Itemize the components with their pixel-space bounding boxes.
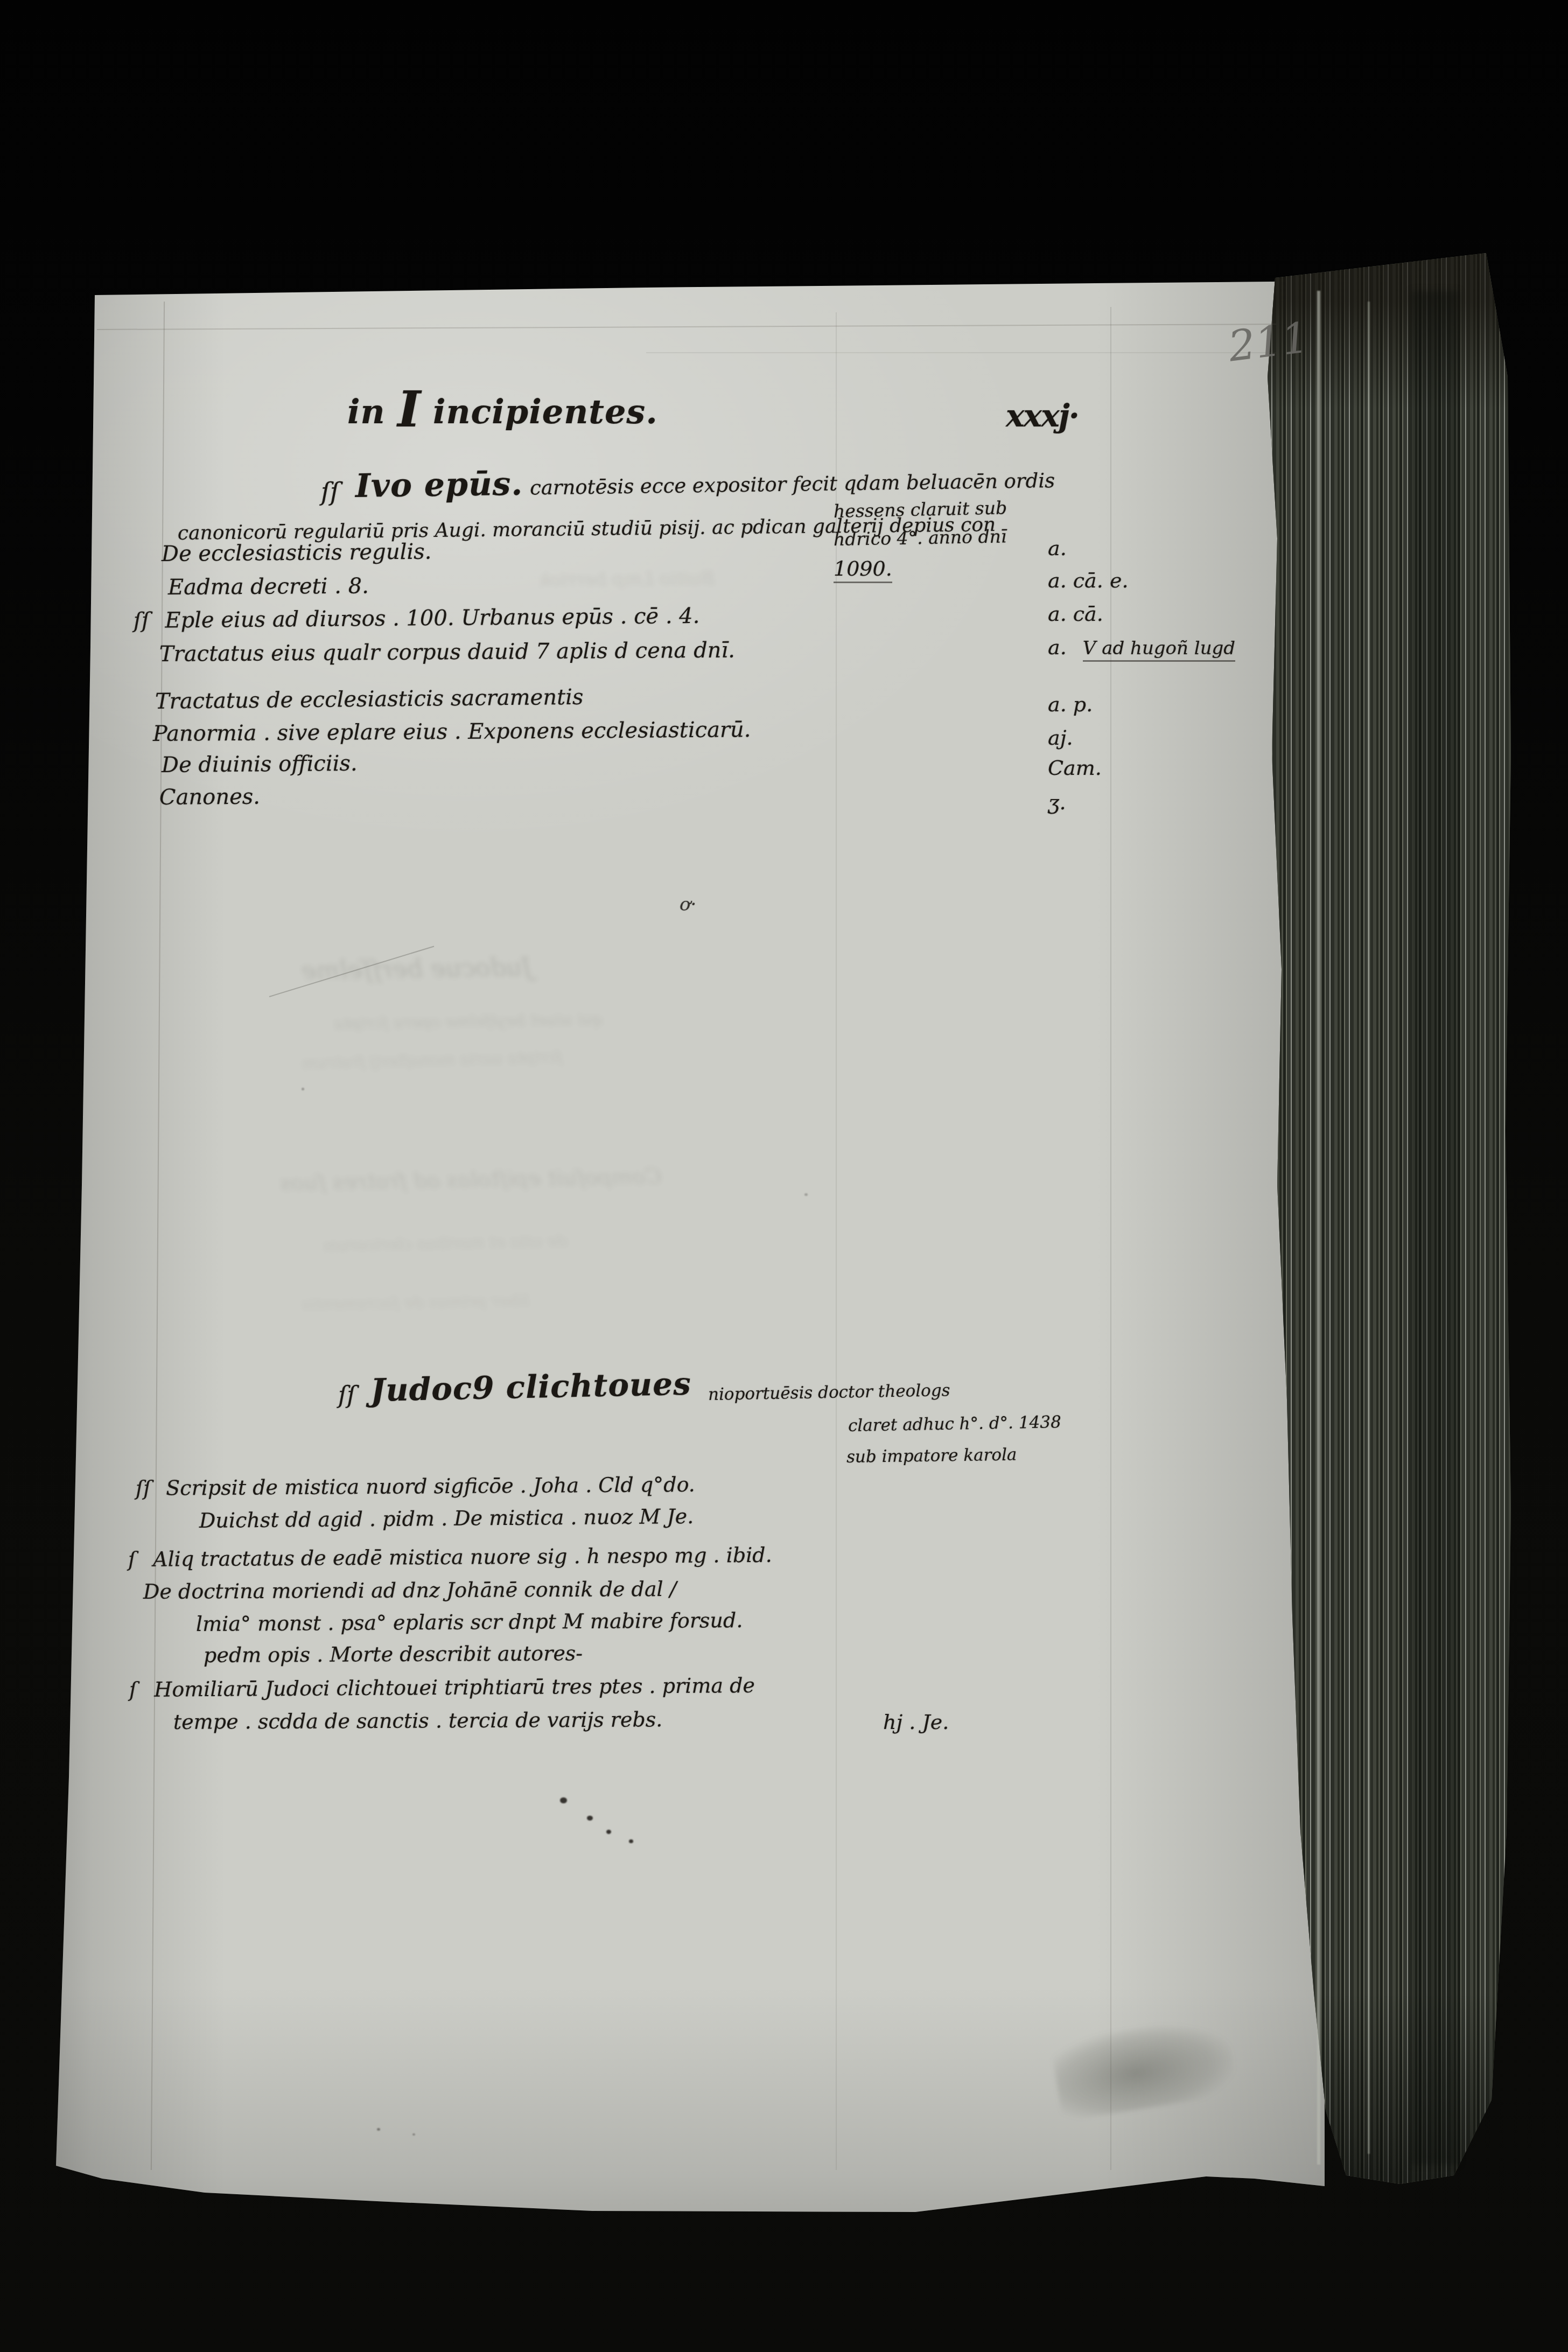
work-title: Eadma decreti . 8. xyxy=(168,573,369,600)
line-text: Aliq tractatus de eadē mistica nuore sig… xyxy=(153,1543,772,1571)
entry-line: ſ Homiliarū Judoci clichtouei triphtiarū… xyxy=(129,1674,755,1702)
ink-dot xyxy=(560,1797,567,1803)
work-title: Tractatus eius qualr corpus dauid 7 apli… xyxy=(159,638,735,667)
work-title: Canones. xyxy=(159,785,260,810)
line-text: pedm opis . Morte describit autores- xyxy=(204,1641,583,1667)
page-roman-numeral: xxxj· xyxy=(1006,397,1079,434)
line-text: Scripsit de mistica nuord sigficōe . Joh… xyxy=(166,1473,695,1500)
line-pilcrow: ſ xyxy=(129,1678,137,1702)
work-title-text: Eadma decreti . 8. xyxy=(168,573,369,600)
work-title-text: Eple eius ad diursos . 100. Urbanus epūs… xyxy=(165,604,699,633)
ruled-line-vertical-center xyxy=(836,312,837,2170)
work-title: De ecclesiasticis regulis. xyxy=(162,540,432,566)
shelfmark-text: Cam. xyxy=(1048,756,1102,780)
work-title-text: Canones. xyxy=(159,785,260,810)
entry-judocus-name: Judoc9 clichtoues xyxy=(370,1366,691,1409)
entry-ivo-floruit-2: hdrico 4°. anno dnī xyxy=(834,526,1007,550)
ruled-line-horizontal-secondary xyxy=(646,352,1276,353)
entry-pilcrow: ſſ xyxy=(321,477,339,506)
section-heading: in I incipientes. xyxy=(347,392,658,431)
work-title-text: Tractatus de ecclesiasticis sacramentis xyxy=(155,685,584,714)
shelfmark-text: a. xyxy=(1048,536,1067,560)
shelfmark-text: a. cā. xyxy=(1048,602,1103,626)
ink-dot xyxy=(629,1839,633,1843)
line-pilcrow: ſſ xyxy=(136,1476,151,1500)
heading-rest: incipientes. xyxy=(433,392,658,431)
fore-edge-highlight-streak xyxy=(1317,291,1320,2165)
work-title-text: Tractatus eius qualr corpus dauid 7 apli… xyxy=(159,638,735,667)
shelfmark-text: a. p. xyxy=(1048,692,1093,716)
ghost-text: liber primus de ſacramentis xyxy=(302,1291,529,1314)
line-text: tempe . scdda de sanctis . tercia de var… xyxy=(173,1707,663,1734)
entry-line: De doctrina moriendi ad dnz Johānē conni… xyxy=(143,1577,677,1604)
work-title: Tractatus de ecclesiasticis sacramentis xyxy=(155,685,584,714)
ink-dot xyxy=(606,1830,611,1834)
entry-judocus-note-3: sub impatore karola xyxy=(846,1445,1017,1467)
work-title: ſſ Eple eius ad diursos . 100. Urbanus e… xyxy=(134,604,700,633)
entry-line: ſ Aliq tractatus de eadē mistica nuore s… xyxy=(128,1543,772,1571)
shelfmark: a. V ad hugoñ lugd xyxy=(1048,635,1235,659)
shelfmark: aj. xyxy=(1048,726,1073,750)
fore-edge-shadow-band xyxy=(1411,291,1459,2165)
heading-initial: I xyxy=(397,380,421,438)
speck xyxy=(302,1088,304,1090)
work-title-text: De diuinis officiis. xyxy=(162,751,358,778)
fore-edge-highlight-streak xyxy=(1368,302,1370,2154)
shelfmark: Cam. xyxy=(1048,756,1102,780)
line-text: lmia° monst . psa° eplaris scr dnpt M ma… xyxy=(196,1608,743,1636)
shelfmark-text: a. xyxy=(1048,635,1067,659)
shelfmark: ʒ. xyxy=(1048,790,1066,814)
speck xyxy=(412,2133,415,2136)
work-title-text: De ecclesiasticis regulis. xyxy=(162,540,432,566)
heading-prefix: in xyxy=(347,392,386,431)
ghost-text: Judocue berſſelme xyxy=(302,952,533,985)
entry-ivo-name-tail: carnotēsis ecce expositor fecit qdam bel… xyxy=(530,469,1055,500)
entry-line: ſſ Scripsit de mistica nuord sigficōe . … xyxy=(136,1473,695,1500)
work-title: De diuinis officiis. xyxy=(162,751,358,778)
entry-ivo-floruit-1: hessens claruit sub xyxy=(834,497,1007,522)
shelfmark-text: a. cā. e. xyxy=(1048,569,1128,592)
line-text: Duichst dd agid . pidm . De mistica . nu… xyxy=(199,1504,694,1532)
entry-line: Duichst dd agid . pidm . De mistica . nu… xyxy=(199,1504,694,1532)
shelfmark-text: aj. xyxy=(1048,726,1073,750)
entry-line: pedm opis . Morte describit autores- xyxy=(204,1641,583,1667)
folio-number: 211 xyxy=(1226,313,1312,371)
line-pilcrow: ſſ xyxy=(134,608,150,633)
work-title: Panormia . sive eplare eius . Exponens e… xyxy=(153,717,751,746)
shelfmark-note: V ad hugoñ lugd xyxy=(1083,638,1235,662)
entry-pilcrow: ſſ xyxy=(338,1382,356,1409)
ink-dot xyxy=(587,1816,593,1821)
speck xyxy=(804,1193,808,1196)
line-text: De doctrina moriendi ad dnz Johānē conni… xyxy=(143,1577,677,1604)
stray-ink-mark: ơ· xyxy=(680,894,696,915)
work-title-text: Panormia . sive eplare eius . Exponens e… xyxy=(153,717,751,746)
manuscript-photo: 211 in I incipientes. xxxj· ſſ Ivo epūs.… xyxy=(0,0,1568,2352)
entry-ivo-floruit-year: 1090. xyxy=(834,557,892,583)
entry-judocus-note-2: claret adhuc h°. d°. 1438 xyxy=(848,1412,1061,1436)
entry-ivo-name: Ivo epūs. xyxy=(355,465,523,505)
line-pilcrow: ſ xyxy=(128,1548,136,1571)
shelfmark: a. p. xyxy=(1048,692,1093,716)
entry-line: lmia° monst . psa° eplaris scr dnpt M ma… xyxy=(196,1608,743,1636)
entry-line: tempe . scdda de sanctis . tercia de var… xyxy=(173,1707,663,1734)
shelfmark: a. xyxy=(1048,536,1067,560)
shelfmark-text: ʒ. xyxy=(1048,790,1066,814)
shelfmark: a. cā. e. xyxy=(1048,569,1128,592)
speck xyxy=(377,2128,380,2131)
entry-line-tail: hj . Je. xyxy=(883,1710,949,1734)
ghost-text: Buitio Lmp berriok xyxy=(538,568,715,591)
line-text: Homiliarū Judoci clichtouei triphtiarū t… xyxy=(154,1674,755,1702)
shelfmark: a. cā. xyxy=(1048,602,1103,626)
